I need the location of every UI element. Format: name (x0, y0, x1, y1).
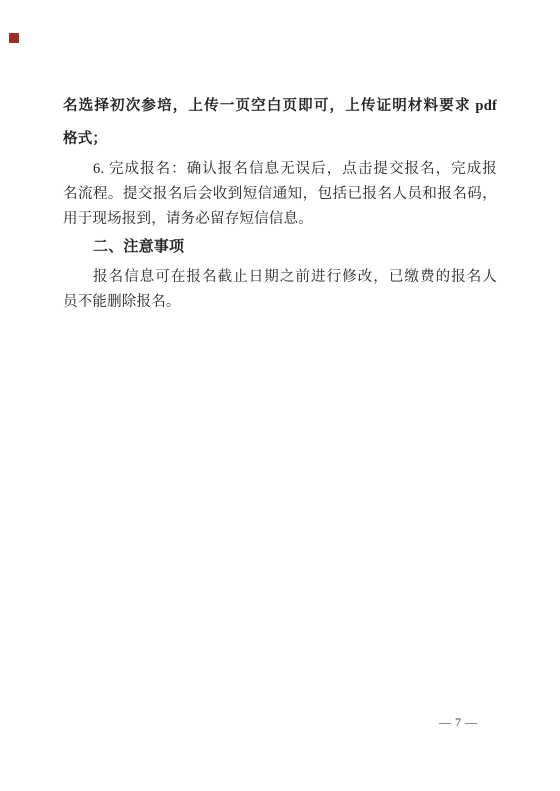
page-number: — 7 — (439, 714, 478, 730)
red-scan-artifact (9, 33, 19, 43)
section-heading-notes: 二、注意事项 (63, 237, 497, 257)
notes-line-2: 员不能删除报名。 (63, 292, 497, 312)
item6-line-2: 名流程。提交报名后会收到短信通知，包括已报名人员和报名码， (63, 184, 497, 204)
item5-continuation-line-2: 格式； (63, 129, 497, 149)
item6-line-3: 用于现场报到，请务必留存短信信息。 (63, 209, 497, 229)
notes-line-1: 报名信息可在报名截止日期之前进行修改，已缴费的报名人 (63, 267, 497, 287)
document-page: 名选择初次参培，上传一页空白页即可，上传证明材料要求 pdf 格式； 6. 完成… (0, 0, 560, 791)
item6-line-1: 6. 完成报名：确认报名信息无误后，点击提交报名，完成报 (63, 159, 497, 179)
item5-continuation-line-1: 名选择初次参培，上传一页空白页即可，上传证明材料要求 pdf (63, 96, 497, 116)
